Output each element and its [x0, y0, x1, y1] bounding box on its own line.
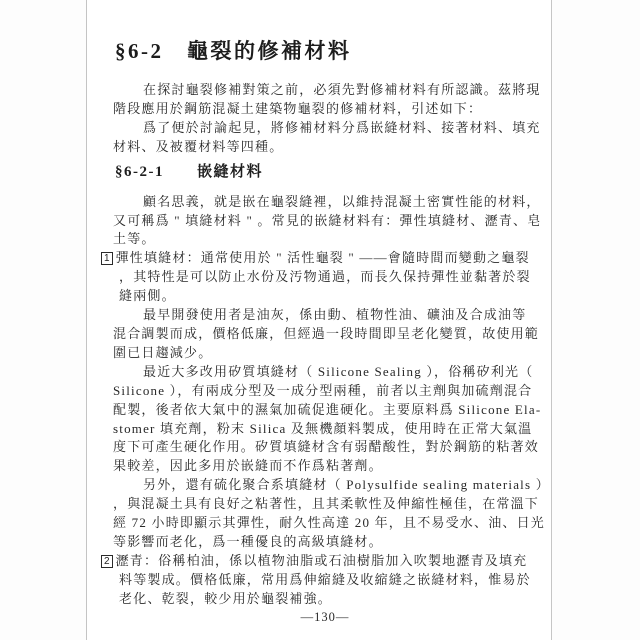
- paragraph: 最近大多改用矽質填縫材（ Silicone Sealing ），俗稱矽利光（Si…: [113, 363, 537, 476]
- text-line: 土等。: [113, 230, 537, 249]
- item-text: 彈性填縫材：通常使用於 " 活性龜裂 " ——會隨時間而變動之龜裂: [116, 250, 530, 265]
- text-line: ，與混凝土具有良好之粘著性，且其柔軟性及伸縮性極佳，在常溫下: [113, 495, 537, 514]
- page-body: §6-2 龜裂的修補材料在探討龜裂修補對策之前，必須先對修補材料有所認識。茲將現…: [87, 0, 551, 625]
- paragraph: 爲了便於討論起見，將修補材料分爲嵌縫材料、接著材料、填充材料、及被覆材料等四種。: [113, 119, 537, 157]
- text-line: 縫兩側。: [119, 287, 537, 306]
- text-line: 最近大多改用矽質填縫材（ Silicone Sealing ），俗稱矽利光（: [113, 363, 537, 382]
- scanned-book-page: §6-2 龜裂的修補材料在探討龜裂修補對策之前，必須先對修補材料有所認識。茲將現…: [86, 0, 552, 640]
- page-number: —130—: [113, 610, 537, 625]
- text-line: 度下可產生硬化作用。矽質填縫材含有弱醋酸性，對於鋼筋的粘著效: [113, 438, 537, 457]
- subsection-heading: §6-2-1 嵌縫材料: [115, 160, 537, 184]
- paragraph: 在探討龜裂修補對策之前，必須先對修補材料有所認識。茲將現階段應用於鋼筋混凝土建築…: [113, 81, 537, 119]
- text-line: 等影響而老化，爲一種優良的高級填縫材。: [113, 533, 537, 552]
- text-line: 另外，還有硫化聚合系填縫材（ Polysulfide sealing mater…: [113, 476, 537, 495]
- text-line: 混合調製而成，價格低廉，但經過一段時間即呈老化變質，故使用範: [113, 325, 537, 344]
- text-line: 在探討龜裂修補對策之前，必須先對修補材料有所認識。茲將現: [113, 81, 537, 100]
- text-line: 階段應用於鋼筋混凝土建築物龜裂的修補材料，引述如下：: [113, 100, 537, 119]
- paragraph: 最早開發使用者是油灰，係由動、植物性油、礦油及合成油等混合調製而成，價格低廉，但…: [113, 306, 537, 363]
- text-line: 1彈性填縫材：通常使用於 " 活性龜裂 " ——會隨時間而變動之龜裂: [101, 249, 537, 268]
- text-line: 爲了便於討論起見，將修補材料分爲嵌縫材料、接著材料、填充: [113, 119, 537, 138]
- text-line: 顧名思義，就是嵌在龜裂縫裡，以維持混凝土密實性能的材料，: [113, 193, 537, 212]
- text-line: 材料、及被覆材料等四種。: [113, 138, 537, 157]
- text-line: 經 72 小時即顯示其彈性，耐久性高達 20 年，且不易受水、油、日光: [113, 514, 537, 533]
- text-line: ，其特性是可以防止水份及汚物通過，而長久保持彈性並黏著於裂: [119, 268, 537, 287]
- item-text: 瀝青：俗稱柏油，係以植物油脂或石油樹脂加入吹製地瀝青及填充: [116, 553, 528, 568]
- text-line: 配製，後者依大氣中的濕氣加硫促進硬化。主要原料爲 Silicone Ela-: [113, 401, 537, 420]
- text-line: stomer 填充劑，粉末 Silica 及無機顏料製成，使用時在正常大氣溫: [113, 420, 537, 439]
- text-line: 圍已日趨減少。: [113, 344, 537, 363]
- paragraph: 顧名思義，就是嵌在龜裂縫裡，以維持混凝土密實性能的材料，又可稱爲 " 填縫材料 …: [113, 193, 537, 250]
- text-line: Silicone ），有兩成分型及一成分型兩種，前者以主劑與加硫劑混合: [113, 382, 537, 401]
- section-title: §6-2 龜裂的修補材料: [115, 36, 537, 66]
- text-line: 最早開發使用者是油灰，係由動、植物性油、礦油及合成油等: [113, 306, 537, 325]
- paragraph: 另外，還有硫化聚合系填縫材（ Polysulfide sealing mater…: [113, 476, 537, 552]
- text-line: 又可稱爲 " 填縫材料 " 。常見的嵌縫材料有：彈性填縫材、瀝青、皂: [113, 212, 537, 231]
- text-line: 2瀝青：俗稱柏油，係以植物油脂或石油樹脂加入吹製地瀝青及填充: [101, 552, 537, 571]
- numbered-list-item: 2瀝青：俗稱柏油，係以植物油脂或石油樹脂加入吹製地瀝青及填充料等製成。價格低廉，…: [113, 552, 537, 609]
- numbered-list-item: 1彈性填縫材：通常使用於 " 活性龜裂 " ——會隨時間而變動之龜裂，其特性是可…: [113, 249, 537, 306]
- text-line: 料等製成。價格低廉，常用爲伸縮縫及收縮縫之嵌縫材料，惟易於: [119, 571, 537, 590]
- boxed-item-number: 2: [101, 555, 113, 568]
- text-line: 果較差，因此多用於嵌縫而不作爲粘著劑。: [113, 457, 537, 476]
- text-line: 老化、乾裂，較少用於龜裂補強。: [119, 590, 537, 609]
- boxed-item-number: 1: [101, 252, 113, 265]
